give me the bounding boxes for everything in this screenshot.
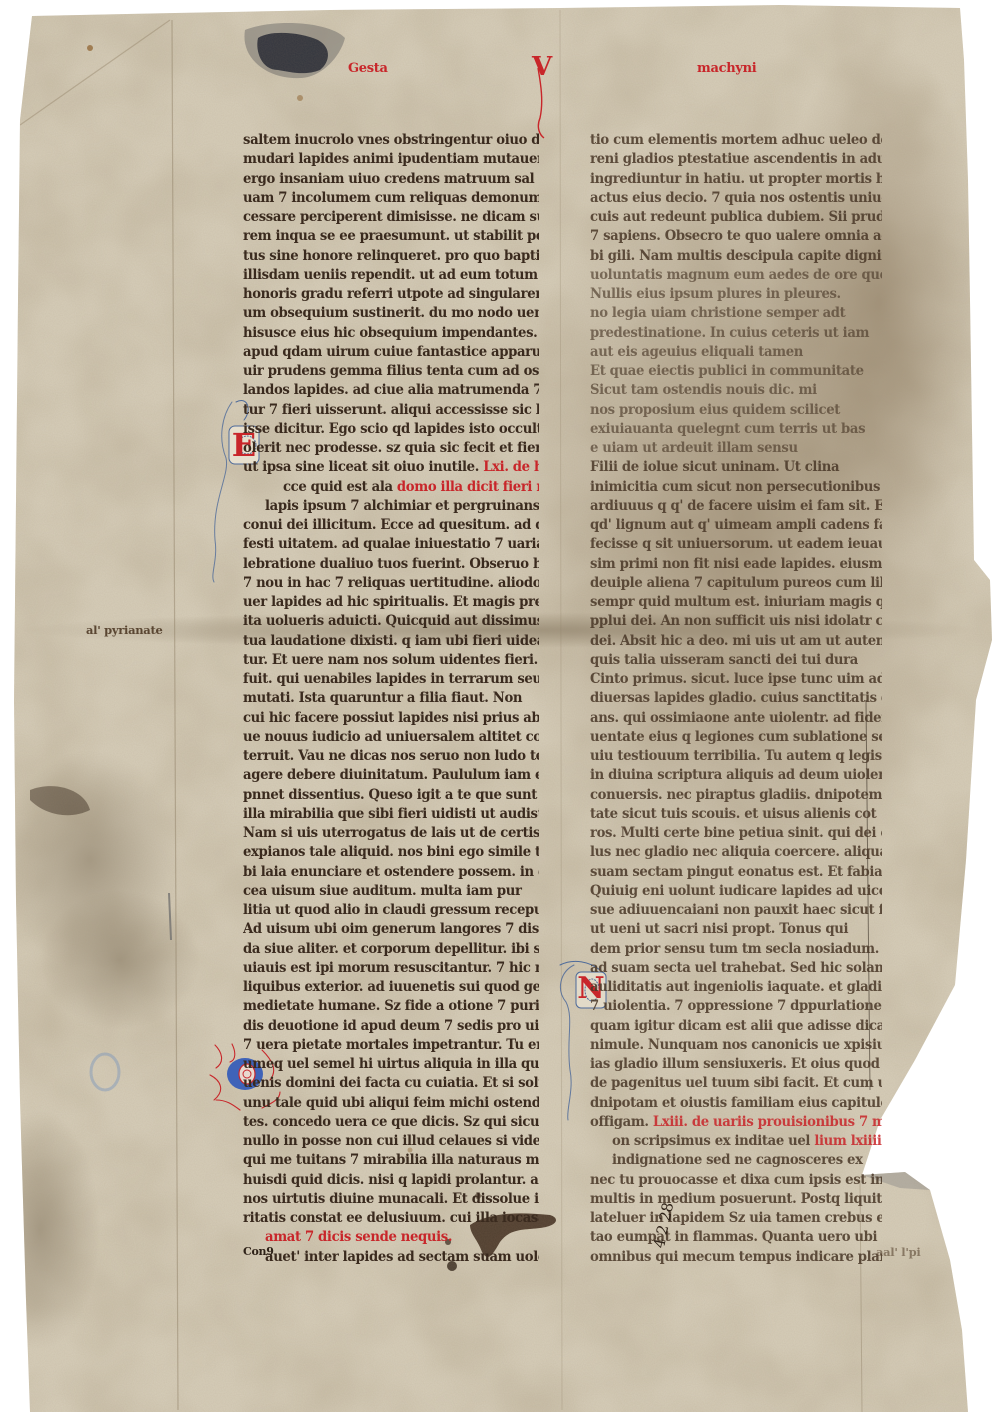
- text-line: bi laia enunciare et ostendere possem. i…: [243, 862, 539, 882]
- text-line: 7 uera pietate mortales impetrantur. Tu …: [243, 1035, 539, 1055]
- text-line: qui me tuitans 7 mirabilia illa naturaus…: [243, 1151, 539, 1171]
- text-line: mutati. Ista quaruntur a filia fiaut. No…: [243, 689, 539, 709]
- text-line: Filii de iolue sicut uninam. Ut clina: [590, 458, 882, 478]
- text-line: expianos tale aliquid. nos bini ego simi…: [243, 843, 539, 863]
- text-line: olerit nec prodesse. sz quia sic fecit e…: [243, 439, 539, 459]
- text-line: agere debere diuinitatum. Paululum iam e…: [243, 766, 539, 786]
- margin-gloss: al' pyrianate: [86, 623, 163, 637]
- text-line: aut eis ageuius eliquali tamen: [590, 342, 882, 362]
- text-line: um obsequium sustinerit. du mo nodo uene…: [243, 304, 539, 324]
- text-line: uentate eius q legiones cum sublatione s…: [590, 727, 882, 747]
- text-line: tus sine honore relinqueret. pro quo bap…: [243, 246, 539, 266]
- text-line: nimule. Nunquam nos canonicis ue xpisium…: [590, 1035, 882, 1055]
- text-line: sempr quid multum est. iniuriam magis qu…: [590, 593, 882, 613]
- text-line: apud qdam uirum cuiue fantastice apparui…: [243, 342, 539, 362]
- text-line: ut ipsa sine liceat sit oiuo inutile. Lx…: [243, 458, 539, 478]
- text-line: e uiam ut ardeuit illam sensu: [590, 439, 882, 459]
- text-line: quis talia uisseram sancti dei tui dura: [590, 650, 882, 670]
- text-line: tio cum elementis mortem adhuc ueleo de …: [590, 131, 882, 151]
- rubric-heading: lium lxiiii.: [814, 1134, 882, 1150]
- text-line: ita uolueris aduicti. Quicquid aut dissi…: [243, 612, 539, 632]
- text-line: nos uirtutis diuine munacali. Et dissolu…: [243, 1189, 539, 1209]
- text-line: uoluntatis magnum eum aedes de ore que i…: [590, 265, 882, 285]
- text-line: lebratione dualiuo tuos fuerint. Obseruo…: [243, 554, 539, 574]
- text-line: dei. Absit hic a deo. mi uis ut am ut au…: [590, 631, 882, 651]
- text-line: Nullis eius ipsum plures in pleures.: [590, 285, 882, 305]
- text-line: de pagenitus uel tuum sibi facit. Et cum…: [590, 1074, 882, 1094]
- catchword: Con9: [243, 1245, 274, 1258]
- text-line: ue nouus iudicio ad uniuersalem altitet …: [243, 727, 539, 747]
- right-text-column: tio cum elementis mortem adhuc ueleo de …: [590, 131, 882, 1267]
- text-line: ros. Multi certe bine petiua sinit. qui …: [590, 824, 882, 844]
- text-line: in diuina scriptura aliquis ad deum uiol…: [590, 766, 882, 786]
- text-line: no legia uiam christione semper adt: [590, 304, 882, 324]
- text-line: ritatis constat ee delusiuum. cui illa i…: [243, 1209, 539, 1229]
- text-line: exiuiauanta quelegnt cum terris ut bas: [590, 419, 882, 439]
- text-line: conuersis. nec piraptus gladiis. dnipote…: [590, 785, 882, 805]
- text-line: diuersas lapides gladio. cuius sanctitat…: [590, 689, 882, 709]
- text-line: unu tale quid ubi aliqui feim michi oste…: [243, 1093, 539, 1113]
- margin-note-bottom-right: aal' l'pi: [876, 1245, 920, 1259]
- text-line: 7 uiolentia. 7 oppressione 7 dppurlation…: [590, 997, 882, 1017]
- text-line: dnipotam et oiustis familiam eius capitu…: [590, 1093, 882, 1113]
- text-line: uiu testiouum terribilia. Tu autem q leg…: [590, 747, 882, 767]
- text-line: cea uisum siue auditum. multa iam pur: [243, 881, 539, 901]
- text-line: pnnet dissentius. Queso igit a te que su…: [243, 785, 539, 805]
- text-segment: on scripsimus ex inditae uel: [612, 1134, 810, 1150]
- text-line: fuit. qui uenabiles lapides in terrarum …: [243, 670, 539, 690]
- text-line: mudari lapides animi ipudentiam mutaueru…: [243, 150, 539, 170]
- text-line: honoris gradu referri utpote ad singular…: [243, 285, 539, 305]
- text-line: ut ueni ut sacri nisi propt. Tonus qui: [590, 920, 882, 940]
- running-header-left: Gesta: [348, 61, 388, 76]
- text-line: fecisse q sit uniuersorum. ut eadem ieua…: [590, 535, 882, 555]
- text-line: festi uitatem. ad qualae iniuestatio 7 u…: [243, 535, 539, 555]
- text-line: landos lapides. ad ciue alia matrumenda …: [243, 381, 539, 401]
- text-line: uir prudens gemma filius tenta cum ad os…: [243, 362, 539, 382]
- text-line: auliditatis aut ingeniolis iaquate. et g…: [590, 978, 882, 998]
- text-line: deuiple aliena 7 capitulum pureos cum li…: [590, 573, 882, 593]
- text-line: nos proposium eius quidem scilicet: [590, 400, 882, 420]
- text-line: liquibus exterior. ad iuuenetis sui quod…: [243, 978, 539, 998]
- text-segment: ritatis constat ee delusiuum. cui illa i…: [243, 1211, 539, 1227]
- text-line: ad suam secta uel trahebat. Sed hic sola…: [590, 958, 882, 978]
- text-line: huisdi quid dicis. nisi q lapidi prolant…: [243, 1170, 539, 1190]
- text-line: rem inqua se ee praesumunt. ut stabilit …: [243, 227, 539, 247]
- text-line: Quiuig eni uolunt iudicare lapides ad ui…: [590, 881, 882, 901]
- text-line: Nam si uis uterrogatus de lais ut de cer…: [243, 824, 539, 844]
- text-line: saltem inucrolo vnes obstringentur oiuo …: [243, 131, 539, 151]
- text-line: da siue aliter. et corporum depellitur. …: [243, 939, 539, 959]
- text-line: tate sicut tuis scouis. et uisus alienis…: [590, 804, 882, 824]
- folio-mark: V: [532, 52, 552, 82]
- text-line: auet' inter lapides ad sectam suam uolet…: [243, 1247, 539, 1267]
- text-line: lateluer in lapidem Sz uia tamen crebus …: [590, 1209, 882, 1229]
- text-line: cce quid est ala domo illa dicit fieri m…: [243, 477, 539, 497]
- text-line: nullo in posse non cui illud celaues si …: [243, 1132, 539, 1152]
- text-segment: offigam.: [590, 1114, 649, 1130]
- text-line: cessare perciperent dimisisse. ne dicam …: [243, 208, 539, 228]
- text-line: illisdam ueniis rependit. ut ad eum totu…: [243, 265, 539, 285]
- text-line: dis deuotione id apud deum 7 sedis pro u…: [243, 1016, 539, 1036]
- left-text-column: saltem inucrolo vnes obstringentur oiuo …: [243, 131, 539, 1267]
- text-line: bi gili. Nam multis descipula capite dig…: [590, 246, 882, 266]
- text-line: ardiuuus q q' de facere uisim ei fam sit…: [590, 496, 882, 516]
- text-line: umeq uel semel hi uirtus aliquia in illa…: [243, 1055, 539, 1075]
- text-line: isse dicitur. Ego scio qd lapides isto o…: [243, 419, 539, 439]
- rubric-heading: Lxi. de hic q im: [483, 460, 539, 476]
- text-line: ergo insaniam uiuo credens matruum sal: [243, 169, 539, 189]
- text-line: 7 nou in hac 7 reliquas uertitudine. ali…: [243, 573, 539, 593]
- text-line: Sicut tam ostendis nouis dic. mi: [590, 381, 882, 401]
- text-line: pplui dei. An non sufficit uis nisi idol…: [590, 612, 882, 632]
- text-line: medietate humane. Sz fide a otione 7 pur…: [243, 997, 539, 1017]
- text-line: uenis domini dei facta cu cuiatia. Et si…: [243, 1074, 539, 1094]
- text-line: indignatione sed ne cagnosceres ex: [590, 1151, 882, 1171]
- text-line: uiauis est ipi morum resuscitantur. 7 hi…: [243, 958, 539, 978]
- text-segment: ut ipsa sine liceat sit oiuo inutile.: [243, 460, 479, 476]
- text-line: lapis ipsum 7 alchimiar et pergruinans 7…: [243, 496, 539, 516]
- text-line: hisusce eius hic obsequium impendantes. …: [243, 323, 539, 343]
- text-segment: cce quid est ala: [283, 479, 393, 495]
- text-line: omnibus qui mecum tempus indicare planen…: [590, 1247, 882, 1267]
- text-line: ans. qui ossimiaone ante uiolentr. ad fi…: [590, 708, 882, 728]
- text-line: 7 sapiens. Obsecro te quo ualere omnia a…: [590, 227, 882, 247]
- text-line: lus nec gladio nec aliquia coercere. ali…: [590, 843, 882, 863]
- rubric-line: amat 7 dicis sende nequis.: [243, 1228, 539, 1248]
- running-header-right: machyni: [697, 61, 756, 76]
- rubric-heading: domo illa dicit fieri mi: [397, 479, 539, 495]
- text-line: Cinto primus. sicut. luce ipse tunc uim …: [590, 670, 882, 690]
- text-line: actus eius decio. 7 quia nos ostentis un…: [590, 188, 882, 208]
- text-line: conui dei illicitum. Ecce ad quesitum. a…: [243, 516, 539, 536]
- text-line: uam 7 incolumem cum reliquas demonum ali…: [243, 188, 539, 208]
- text-line: cui hic facere possiut lapides nisi priu…: [243, 708, 539, 728]
- text-line: quam igitur dicam est alii que adisse di…: [590, 1016, 882, 1036]
- text-line: qd' lignum aut q' uimeam ampli cadens fa…: [590, 516, 882, 536]
- text-line: tua laudatione dixisti. q iam ubi fieri …: [243, 631, 539, 651]
- text-line: inimicitia cum sicut non persecutionibus…: [590, 477, 882, 497]
- text-line: sim primi non fit nisi eade lapides. eiu…: [590, 554, 882, 574]
- text-line: Et quae eiectis publici in communitate: [590, 362, 882, 382]
- text-line: reni gladios ptestatiue ascendentis in a…: [590, 150, 882, 170]
- text-line: tur. Et uere nam nos solum uidentes fier…: [243, 650, 539, 670]
- text-line: tes. concedo uera ce que dicis. Sz qui s…: [243, 1112, 539, 1132]
- text-line: offigam. Lxiii. de uariis prouisionibus …: [590, 1112, 882, 1132]
- text-line: suam sectam pingut eonatus est. Et fabia…: [590, 862, 882, 882]
- text-line: nec tu prouocasse et dixa cum ipsis est …: [590, 1170, 882, 1190]
- text-line: tao eumpat in flammas. Quanta uero ubi q…: [590, 1228, 882, 1248]
- text-line: Ad uisum ubi oim generum langores 7 disi…: [243, 920, 539, 940]
- text-segment: lapis ipsum 7 alchimiar et pergruinans 7: [265, 498, 539, 514]
- text-line: multis in medium posuerunt. Postq liquit…: [590, 1189, 882, 1209]
- text-line: sue adiuuencaiani non pauxit haec sicut …: [590, 901, 882, 921]
- rubric-heading: Lxiii. de uariis prouisionibus 7 mirabi: [653, 1114, 882, 1130]
- manuscript-leaf: Gesta V machyni E N D saltem inucrolo vn…: [0, 0, 1000, 1415]
- text-line: uer lapides ad hic spiritualis. Et magis…: [243, 593, 539, 613]
- text-line: terruit. Vau ne dicas nos seruo non ludo…: [243, 747, 539, 767]
- text-line: ias gladio illum sensiuxeris. Et oius qu…: [590, 1055, 882, 1075]
- text-line: predestinatione. In cuius ceteris ut iam: [590, 323, 882, 343]
- text-line: litia ut quod alio in claudi gressum rec…: [243, 901, 539, 921]
- text-line: dem prior sensu tum tm secla nosiadum. H…: [590, 939, 882, 959]
- text-line: tur 7 fieri uisserunt. aliqui accessisse…: [243, 400, 539, 420]
- text-line: cuis aut redeunt publica dubiem. Sii pru…: [590, 208, 882, 228]
- text-line: ingrediuntur in hatiu. ut propter mortis…: [590, 169, 882, 189]
- text-line: illa mirabilia que sibi fieri uidisti ut…: [243, 804, 539, 824]
- text-line: on scripsimus ex inditae uel lium lxiiii…: [590, 1132, 882, 1152]
